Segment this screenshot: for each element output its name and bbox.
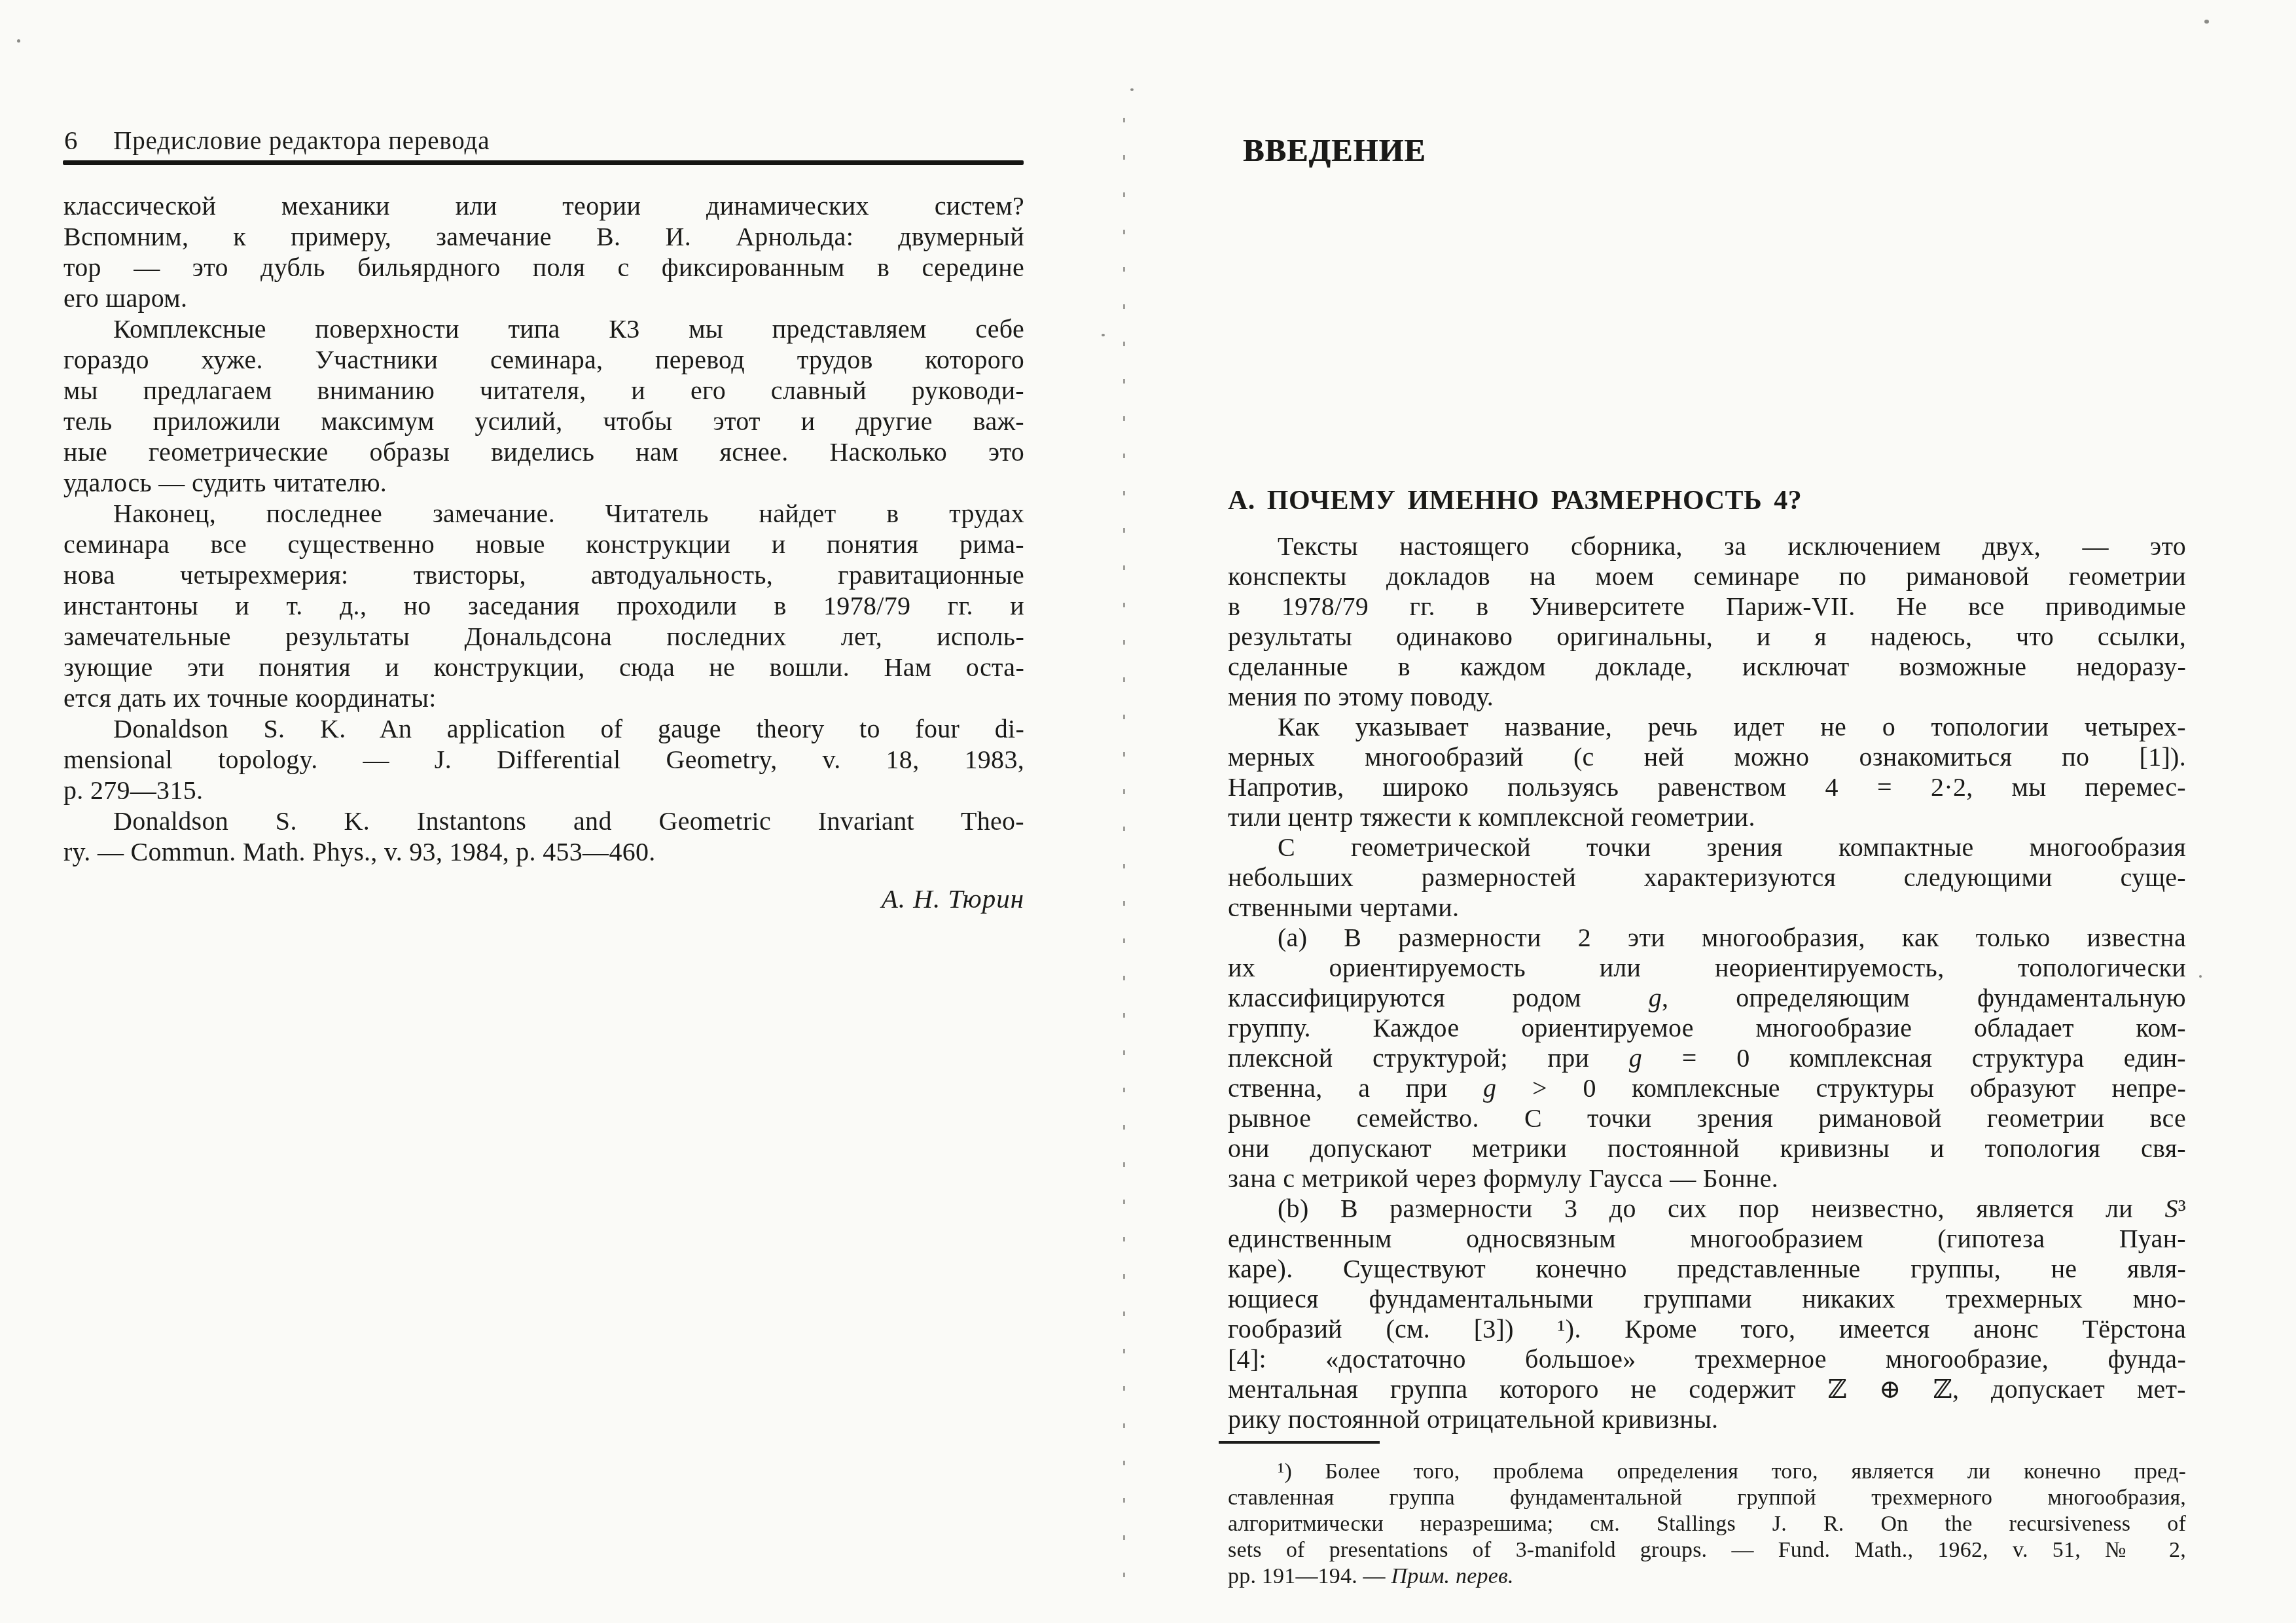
text-line: мы предлагаем вниманию читателя, и его с… [63, 375, 1024, 406]
text-line: Вспомним, к примеру, замечание В. И. Арн… [63, 221, 1024, 252]
text-line: результаты одинаково оригинальны, и я на… [1228, 622, 2186, 652]
text-line: классической механики или теории динамич… [63, 190, 1024, 221]
page-number: 6 [64, 125, 78, 155]
text-line: каре). Существуют конечно представленные… [1228, 1254, 2186, 1284]
text-line: С геометрической точки зрения компактные… [1228, 832, 2186, 863]
chapter-title: ВВЕДЕНИЕ [1243, 133, 1426, 169]
text-line: удалось — судить читателю. [63, 467, 1024, 498]
text-line: тили центр тяжести к комплексной геометр… [1228, 802, 2186, 832]
text-line: рывное семейство. С точки зрения риманов… [1228, 1103, 2186, 1133]
text-line: классифицируются родом g, определяющим ф… [1228, 983, 2186, 1013]
scan-speck [1102, 334, 1105, 336]
text-line: мения по этому поводу. [1228, 682, 2186, 712]
text-line: Тексты настоящего сборника, за исключени… [1228, 531, 2186, 562]
text-line: ry. — Commun. Math. Phys., v. 93, 1984, … [63, 836, 1024, 867]
scan-speck [17, 39, 20, 43]
text-line: Напротив, широко пользуясь равенством 4 … [1228, 772, 2186, 802]
text-line: ¹) Более того, проблема определения того… [1228, 1459, 2186, 1485]
text-line: его шаром. [63, 283, 1024, 313]
text-line: зующие эти понятия и конструкции, сюда н… [63, 652, 1024, 683]
text-line: сделанные в каждом докладе, исключат воз… [1228, 652, 2186, 682]
text-line: ется дать их точные координаты: [63, 683, 1024, 713]
text-line: ственна, а при g > 0 комплексные структу… [1228, 1073, 2186, 1103]
left-page-header: 6Предисловие редактора перевода [64, 126, 1025, 156]
text-line: Наконец, последнее замечание. Читатель н… [63, 498, 1024, 529]
text-line: алгоритмически неразрешима; см. Stalling… [1228, 1511, 2186, 1537]
text-line: зана с метрикой через формулу Гаусса — Б… [1228, 1164, 2186, 1194]
running-title: Предисловие редактора перевода [113, 127, 490, 155]
text-line: гораздо хуже. Участники семинара, перево… [63, 344, 1024, 375]
text-line: pp. 191—194. — Прим. перев. [1228, 1563, 2186, 1590]
text-line: mensional topology. — J. Differential Ge… [63, 744, 1024, 775]
header-rule [63, 160, 1024, 165]
text-line: в 1978/79 гг. в Университете Париж-VII. … [1228, 592, 2186, 622]
text-line: группу. Каждое ориентируемое многообрази… [1228, 1013, 2186, 1043]
text-line: тор — это дубль бильярдного поля с фикси… [63, 252, 1024, 283]
text-line: гообразий (см. [3]) ¹). Кроме того, имее… [1228, 1314, 2186, 1344]
text-line: семинара все существенно новые конструкц… [63, 529, 1024, 560]
text-line: Комплексные поверхности типа К3 мы предс… [63, 313, 1024, 344]
footnote-separator-rule [1219, 1441, 1380, 1444]
text-line: плексной структурой; при g = 0 комплексн… [1228, 1043, 2186, 1073]
text-line: (b) В размерности 3 до сих пор неизвестн… [1228, 1194, 2186, 1224]
text-line: тель приложили максимум усилий, чтобы эт… [63, 406, 1024, 437]
text-line: нова четырехмерия: твисторы, автодуально… [63, 560, 1024, 590]
section-heading: А. ПОЧЕМУ ИМЕННО РАЗМЕРНОСТЬ 4? [1228, 485, 2186, 516]
scan-speck [2199, 975, 2202, 978]
text-line: ственными чертами. [1228, 893, 2186, 923]
text-line: Donaldson S. K. Instantons and Geometric… [63, 806, 1024, 836]
text-line: мерных многообразий (с ней можно ознаком… [1228, 742, 2186, 772]
text-line: Donaldson S. K. An application of gauge … [63, 713, 1024, 744]
text-line: ные геометрические образы виделись нам я… [63, 437, 1024, 467]
text-line: замечательные результаты Дональдсона пос… [63, 621, 1024, 652]
text-line: небольших размерностей характеризуются с… [1228, 863, 2186, 893]
text-line: Как указывает название, речь идет не о т… [1228, 712, 2186, 742]
translator-footnote: ¹) Более того, проблема определения того… [1228, 1459, 2186, 1590]
text-line: sets of presentations of 3-manifold grou… [1228, 1537, 2186, 1563]
text-line: их ориентируемость или неориентируемость… [1228, 953, 2186, 983]
text-line: конспекты докладов на моем семинаре по р… [1228, 562, 2186, 592]
text-line: инстантоны и т. д., но заседания проходи… [63, 590, 1024, 621]
text-line: ставленная группа фундаментальной группо… [1228, 1485, 2186, 1511]
text-line: ющиеся фундаментальными группами никаких… [1228, 1284, 2186, 1314]
right-page-body: Тексты настоящего сборника, за исключени… [1228, 531, 2186, 1435]
page-gutter-marks [1123, 85, 1125, 1610]
text-line: p. 279—315. [63, 775, 1024, 806]
text-line: рику постоянной отрицательной кривизны. [1228, 1404, 2186, 1435]
text-line: [4]: «достаточно большое» трехмерное мно… [1228, 1344, 2186, 1374]
editor-signature: А. Н. Тюрин [63, 883, 1024, 914]
scan-speck [1130, 88, 1134, 91]
text-line: (а) В размерности 2 эти многообразия, ка… [1228, 923, 2186, 953]
text-line: они допускают метрики постоянной кривизн… [1228, 1133, 2186, 1164]
book-scan-spread: 6Предисловие редактора перевода классиче… [0, 0, 2296, 1623]
left-page-body: классической механики или теории динамич… [63, 190, 1024, 867]
scan-speck [2204, 20, 2209, 24]
text-line: ментальная группа которого не содержит ℤ… [1228, 1374, 2186, 1404]
text-line: единственным односвязным многообразием (… [1228, 1224, 2186, 1254]
